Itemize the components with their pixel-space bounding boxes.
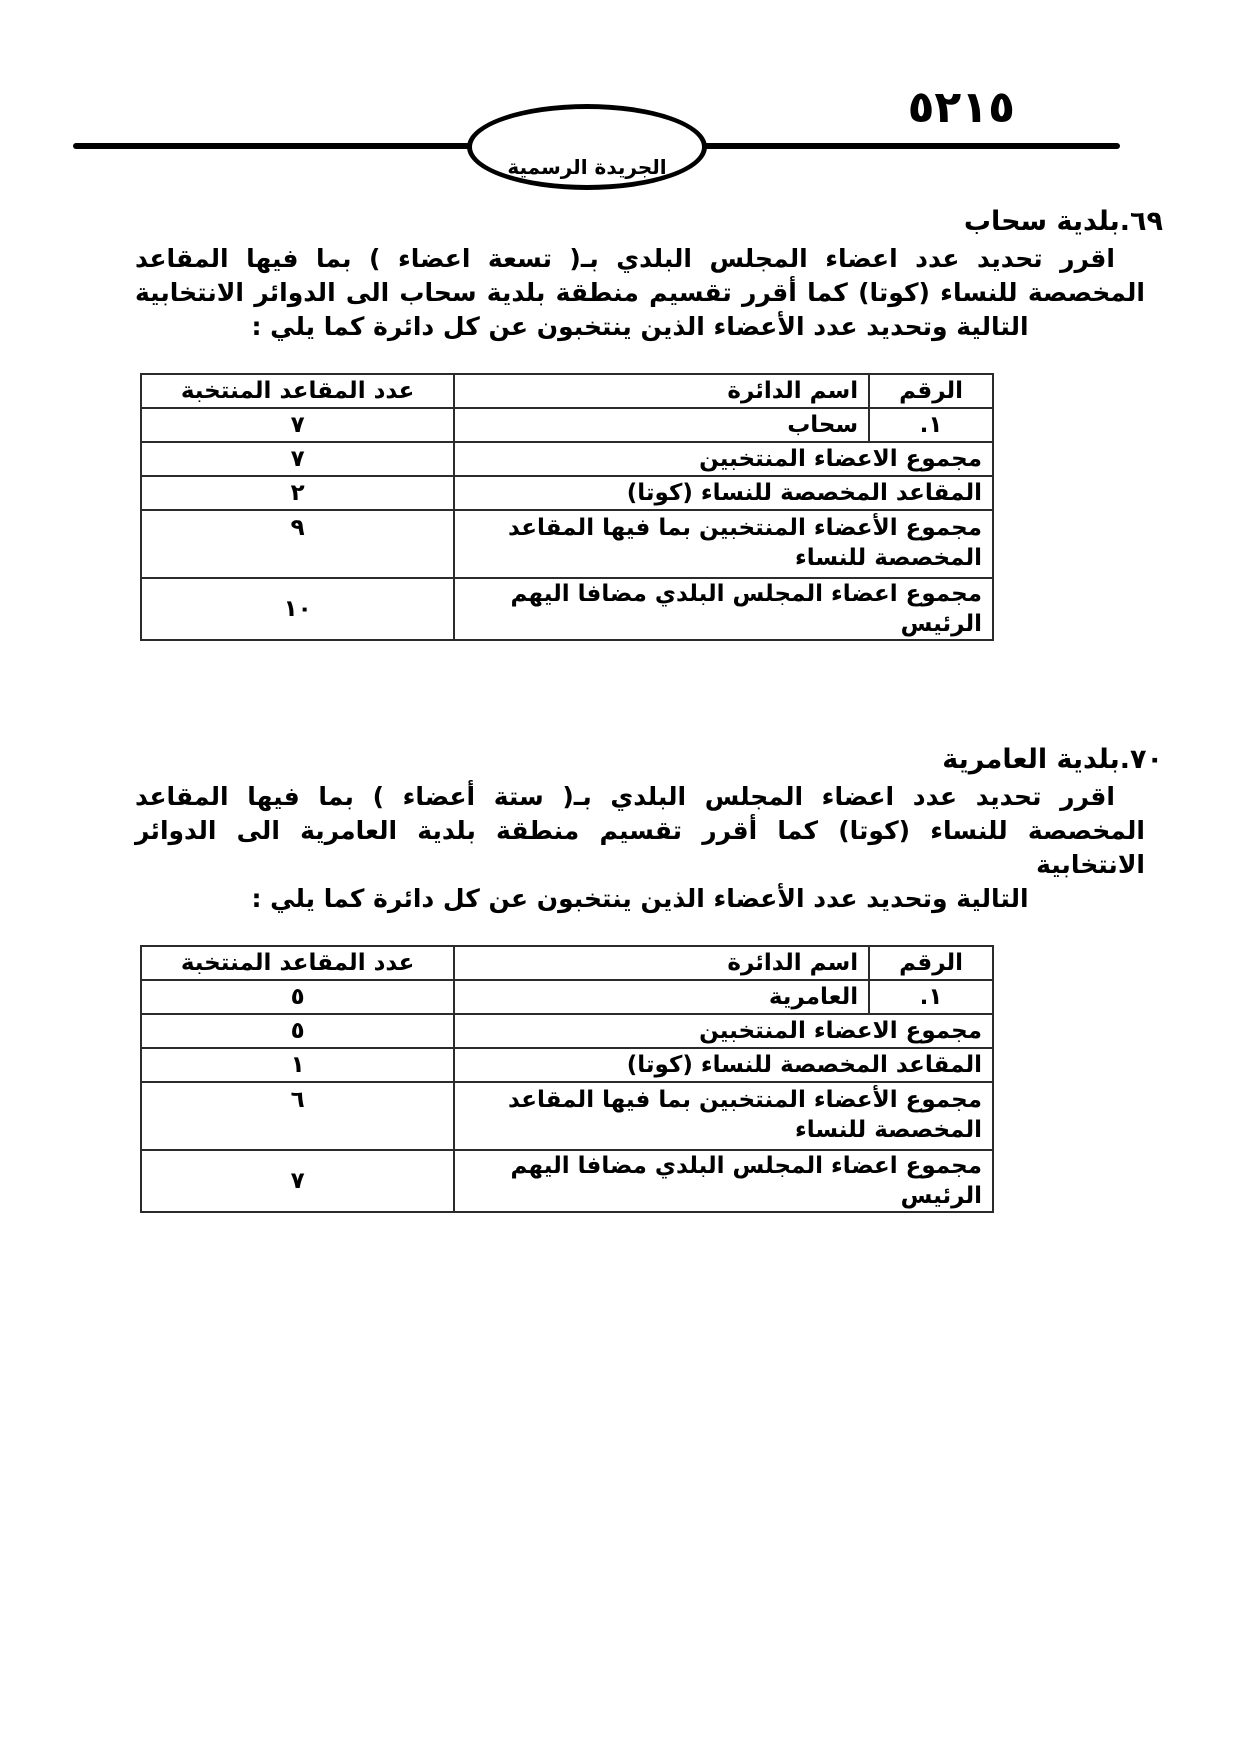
section-paragraph-70: اقرر تحديد عدد اعضاء المجلس البلدي بـ( س… [135,780,1145,916]
table-row: المقاعد المخصصة للنساء (كوتا) ٢ [141,476,993,510]
page-header: ٥٢١٥ الجريدة الرسمية [0,0,1241,190]
row-value-cell: ٦ [141,1082,454,1150]
col-header-number: الرقم [869,946,993,980]
section-title-70: ٧٠.بلدية العامرية [0,742,1163,778]
row-value-cell: ٩ [141,510,454,578]
table-row: ١. سحاب ٧ [141,408,993,442]
row-value-cell: ١٠ [141,578,454,640]
district-seats-cell: ٥ [141,980,454,1014]
district-name-cell: العامرية [454,980,869,1014]
paragraph-line: المخصصة للنساء (كوتا) كما أقرر تقسيم منط… [135,276,1145,310]
table-row: مجموع الأعضاء المنتخبين بما فيها المقاعد… [141,1082,993,1150]
table-header-row: الرقم اسم الدائرة عدد المقاعد المنتخبة [141,946,993,980]
paragraph-line: التالية وتحديد عدد الأعضاء الذين ينتخبون… [135,882,1145,916]
col-header-elected-seats: عدد المقاعد المنتخبة [141,374,454,408]
district-name-cell: سحاب [454,408,869,442]
row-value-cell: ٥ [141,1014,454,1048]
paragraph-line: اقرر تحديد عدد اعضاء المجلس البلدي بـ( ت… [135,242,1145,276]
row-value-cell: ١ [141,1048,454,1082]
table-row: مجموع الأعضاء المنتخبين بما فيها المقاعد… [141,510,993,578]
row-label-cell: المقاعد المخصصة للنساء (كوتا) [454,1048,993,1082]
row-value-cell: ٢ [141,476,454,510]
paragraph-line: المخصصة للنساء (كوتا) كما أقرر تقسيم منط… [135,814,1145,882]
row-label-cell: مجموع اعضاء المجلس البلدي مضافا اليهم ال… [454,578,993,640]
row-value-cell: ٧ [141,1150,454,1212]
gazette-seal-label: الجريدة الرسمية [472,156,702,178]
table-row: مجموع الاعضاء المنتخبين ٧ [141,442,993,476]
paragraph-line: اقرر تحديد عدد اعضاء المجلس البلدي بـ( س… [135,780,1145,814]
row-label-cell: مجموع الاعضاء المنتخبين [454,442,993,476]
paragraph-line: التالية وتحديد عدد الأعضاء الذين ينتخبون… [135,310,1145,344]
table-header-row: الرقم اسم الدائرة عدد المقاعد المنتخبة [141,374,993,408]
section-paragraph-69: اقرر تحديد عدد اعضاء المجلس البلدي بـ( ت… [135,242,1145,344]
col-header-number: الرقم [869,374,993,408]
table-row: مجموع اعضاء المجلس البلدي مضافا اليهم ال… [141,578,993,640]
col-header-district-name: اسم الدائرة [454,374,869,408]
row-label-cell: مجموع الأعضاء المنتخبين بما فيها المقاعد… [454,1082,993,1150]
gazette-page: ٥٢١٥ الجريدة الرسمية ٦٩.بلدية سحاب اقرر … [0,0,1241,1755]
table-row: مجموع الاعضاء المنتخبين ٥ [141,1014,993,1048]
row-value-cell: ٧ [141,442,454,476]
col-header-elected-seats: عدد المقاعد المنتخبة [141,946,454,980]
gazette-seal: الجريدة الرسمية [467,104,707,190]
row-label-cell: المقاعد المخصصة للنساء (كوتا) [454,476,993,510]
table-row: المقاعد المخصصة للنساء (كوتا) ١ [141,1048,993,1082]
col-header-district-name: اسم الدائرة [454,946,869,980]
section-title-69: ٦٩.بلدية سحاب [0,204,1163,240]
row-label-cell: مجموع اعضاء المجلس البلدي مضافا اليهم ال… [454,1150,993,1212]
row-label-cell: مجموع الأعضاء المنتخبين بما فيها المقاعد… [454,510,993,578]
table-row: مجموع اعضاء المجلس البلدي مضافا اليهم ال… [141,1150,993,1212]
district-number-cell: ١. [869,980,993,1014]
municipality-table-sahab: الرقم اسم الدائرة عدد المقاعد المنتخبة ١… [140,373,994,641]
page-number: ٥٢١٥ [908,86,1015,130]
table-row: ١. العامرية ٥ [141,980,993,1014]
district-seats-cell: ٧ [141,408,454,442]
municipality-table-amriya: الرقم اسم الدائرة عدد المقاعد المنتخبة ١… [140,945,994,1213]
row-label-cell: مجموع الاعضاء المنتخبين [454,1014,993,1048]
district-number-cell: ١. [869,408,993,442]
